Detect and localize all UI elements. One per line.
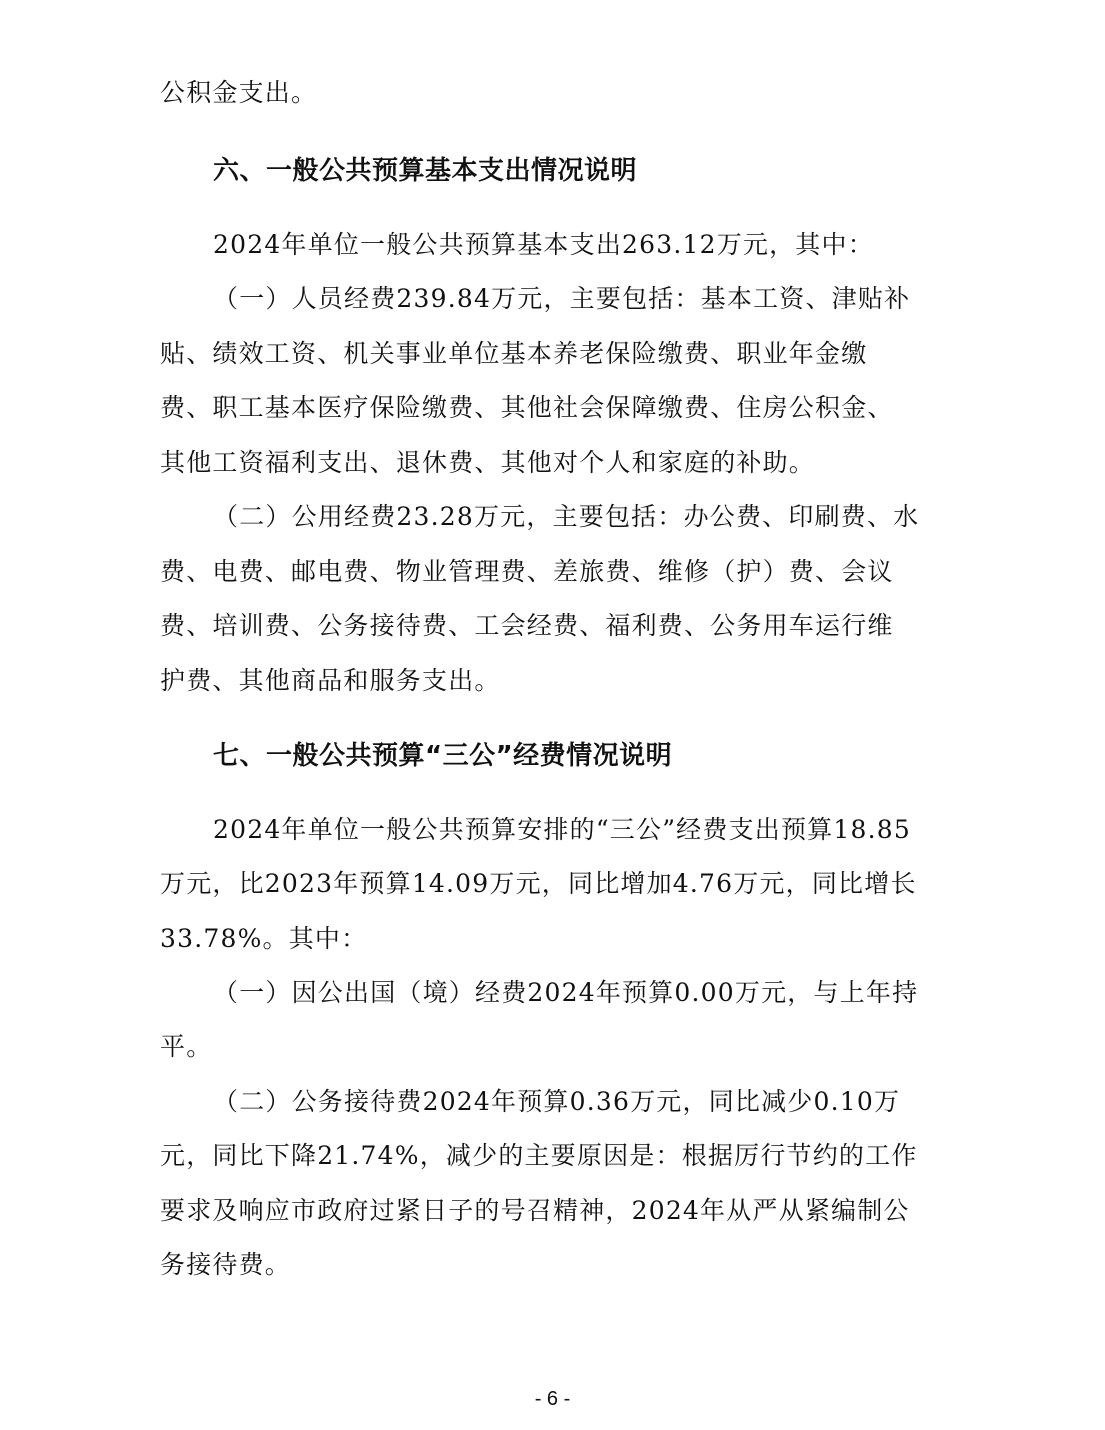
section-7-intro-line: 万元，比2023年预算14.09万元，同比增加4.76万元，同比增长 [160, 869, 917, 899]
personnel-paragraph-line: 费、职工基本医疗保险缴费、其他社会保障缴费、住房公积金、 [160, 393, 894, 423]
abroad-expense-line: 平。 [160, 1032, 212, 1062]
document-page: 公积金支出。 六、一般公共预算基本支出情况说明 2024年单位一般公共预算基本支… [0, 0, 1105, 1430]
continuation-text: 公积金支出。 [160, 78, 317, 108]
section-7-heading: 七、一般公共预算“三公”经费情况说明 [213, 735, 672, 772]
public-use-paragraph-line: 费、培训费、公务接待费、工会经费、福利费、公务用车运行维 [160, 611, 894, 641]
personnel-paragraph-line: 贴、绩效工资、机关事业单位基本养老保险缴费、职业年金缴 [160, 339, 867, 369]
personnel-paragraph-line: 其他工资福利支出、退休费、其他对个人和家庭的补助。 [160, 448, 815, 478]
abroad-expense-line: （一）因公出国（境）经费2024年预算0.00万元，与上年持 [213, 978, 918, 1008]
section-7-intro-line: 33.78%。其中： [160, 924, 367, 954]
personnel-paragraph-line: （一）人员经费239.84万元，主要包括：基本工资、津贴补 [213, 284, 910, 314]
public-use-paragraph-line: （二）公用经费23.28万元，主要包括：办公费、印刷费、水 [213, 502, 919, 532]
reception-expense-line: 务接待费。 [160, 1250, 291, 1280]
public-use-paragraph-line: 费、电费、邮电费、物业管理费、差旅费、维修（护）费、会议 [160, 557, 894, 587]
section-7-intro-line: 2024年单位一般公共预算安排的“三公”经费支出预算18.85 [213, 815, 911, 845]
section-6-heading: 六、一般公共预算基本支出情况说明 [213, 150, 637, 187]
page-number: - 6 - [0, 1388, 1105, 1411]
reception-expense-line: 要求及响应市政府过紧日子的号召精神，2024年从严从紧编制公 [160, 1196, 910, 1226]
reception-expense-line: （二）公务接待费2024年预算0.36万元，同比减少0.10万 [213, 1087, 900, 1117]
section-6-intro: 2024年单位一般公共预算基本支出263.12万元，其中： [213, 230, 874, 260]
public-use-paragraph-line: 护费、其他商品和服务支出。 [160, 666, 501, 696]
reception-expense-line: 元，同比下降21.74%，减少的主要原因是：根据厉行节约的工作 [160, 1141, 918, 1171]
